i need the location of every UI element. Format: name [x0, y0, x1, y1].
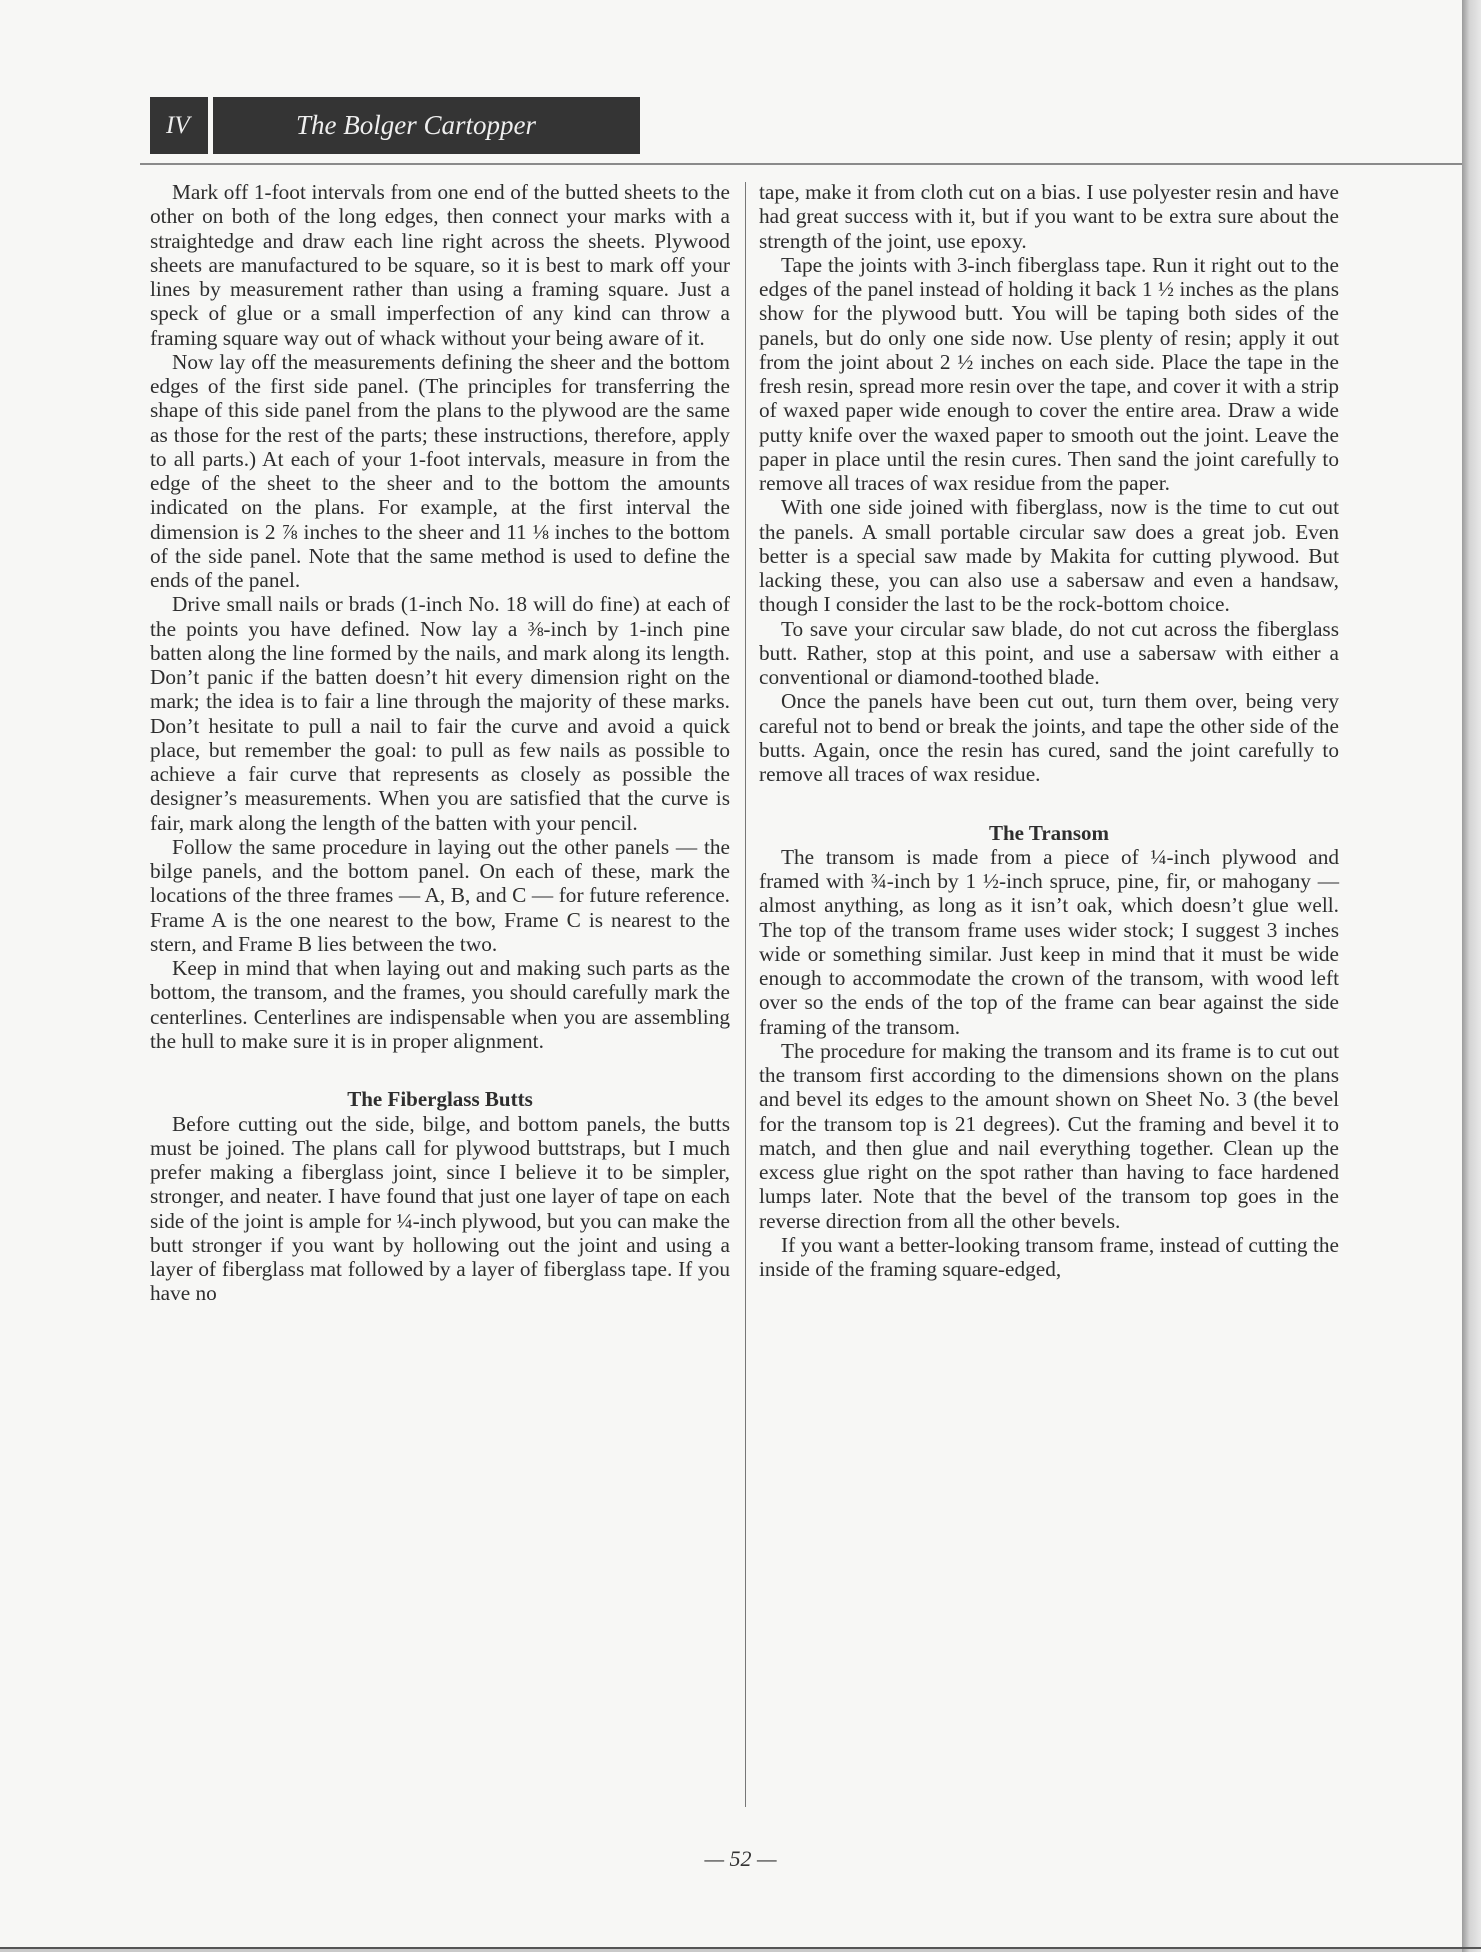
right-column: tape, make it from cloth cut on a bias. …: [759, 180, 1339, 1281]
paragraph: To save your circular saw blade, do not …: [759, 617, 1339, 690]
column-divider: [745, 182, 746, 1807]
left-column: Mark off 1-foot intervals from one end o…: [150, 180, 730, 1306]
header-rule: [140, 163, 1462, 165]
chapter-title: The Bolger Cartopper: [213, 97, 640, 154]
section-heading-transom: The Transom: [759, 821, 1339, 845]
paragraph: The procedure for making the transom and…: [759, 1039, 1339, 1233]
paragraph: Tape the joints with 3-inch fiberglass t…: [759, 253, 1339, 496]
paragraph: If you want a better-looking transom fra…: [759, 1233, 1339, 1282]
paragraph: The transom is made from a piece of ¼-in…: [759, 845, 1339, 1039]
page-edge-shadow: [1462, 0, 1481, 1952]
paragraph: Keep in mind that when laying out and ma…: [150, 956, 730, 1053]
paragraph: Once the panels have been cut out, turn …: [759, 689, 1339, 786]
scan-bottom-edge: [0, 1947, 1481, 1949]
paragraph: Now lay off the measurements defining th…: [150, 350, 730, 593]
paragraph: Before cutting out the side, bilge, and …: [150, 1112, 730, 1306]
page-number: — 52 —: [0, 1846, 1481, 1872]
chapter-number: IV: [150, 97, 208, 154]
paragraph: Drive small nails or brads (1-inch No. 1…: [150, 592, 730, 835]
paragraph: tape, make it from cloth cut on a bias. …: [759, 180, 1339, 253]
paragraph: Mark off 1-foot intervals from one end o…: [150, 180, 730, 350]
paragraph: With one side joined with fiberglass, no…: [759, 495, 1339, 616]
section-heading-fiberglass-butts: The Fiberglass Butts: [150, 1087, 730, 1111]
paragraph: Follow the same procedure in laying out …: [150, 835, 730, 956]
